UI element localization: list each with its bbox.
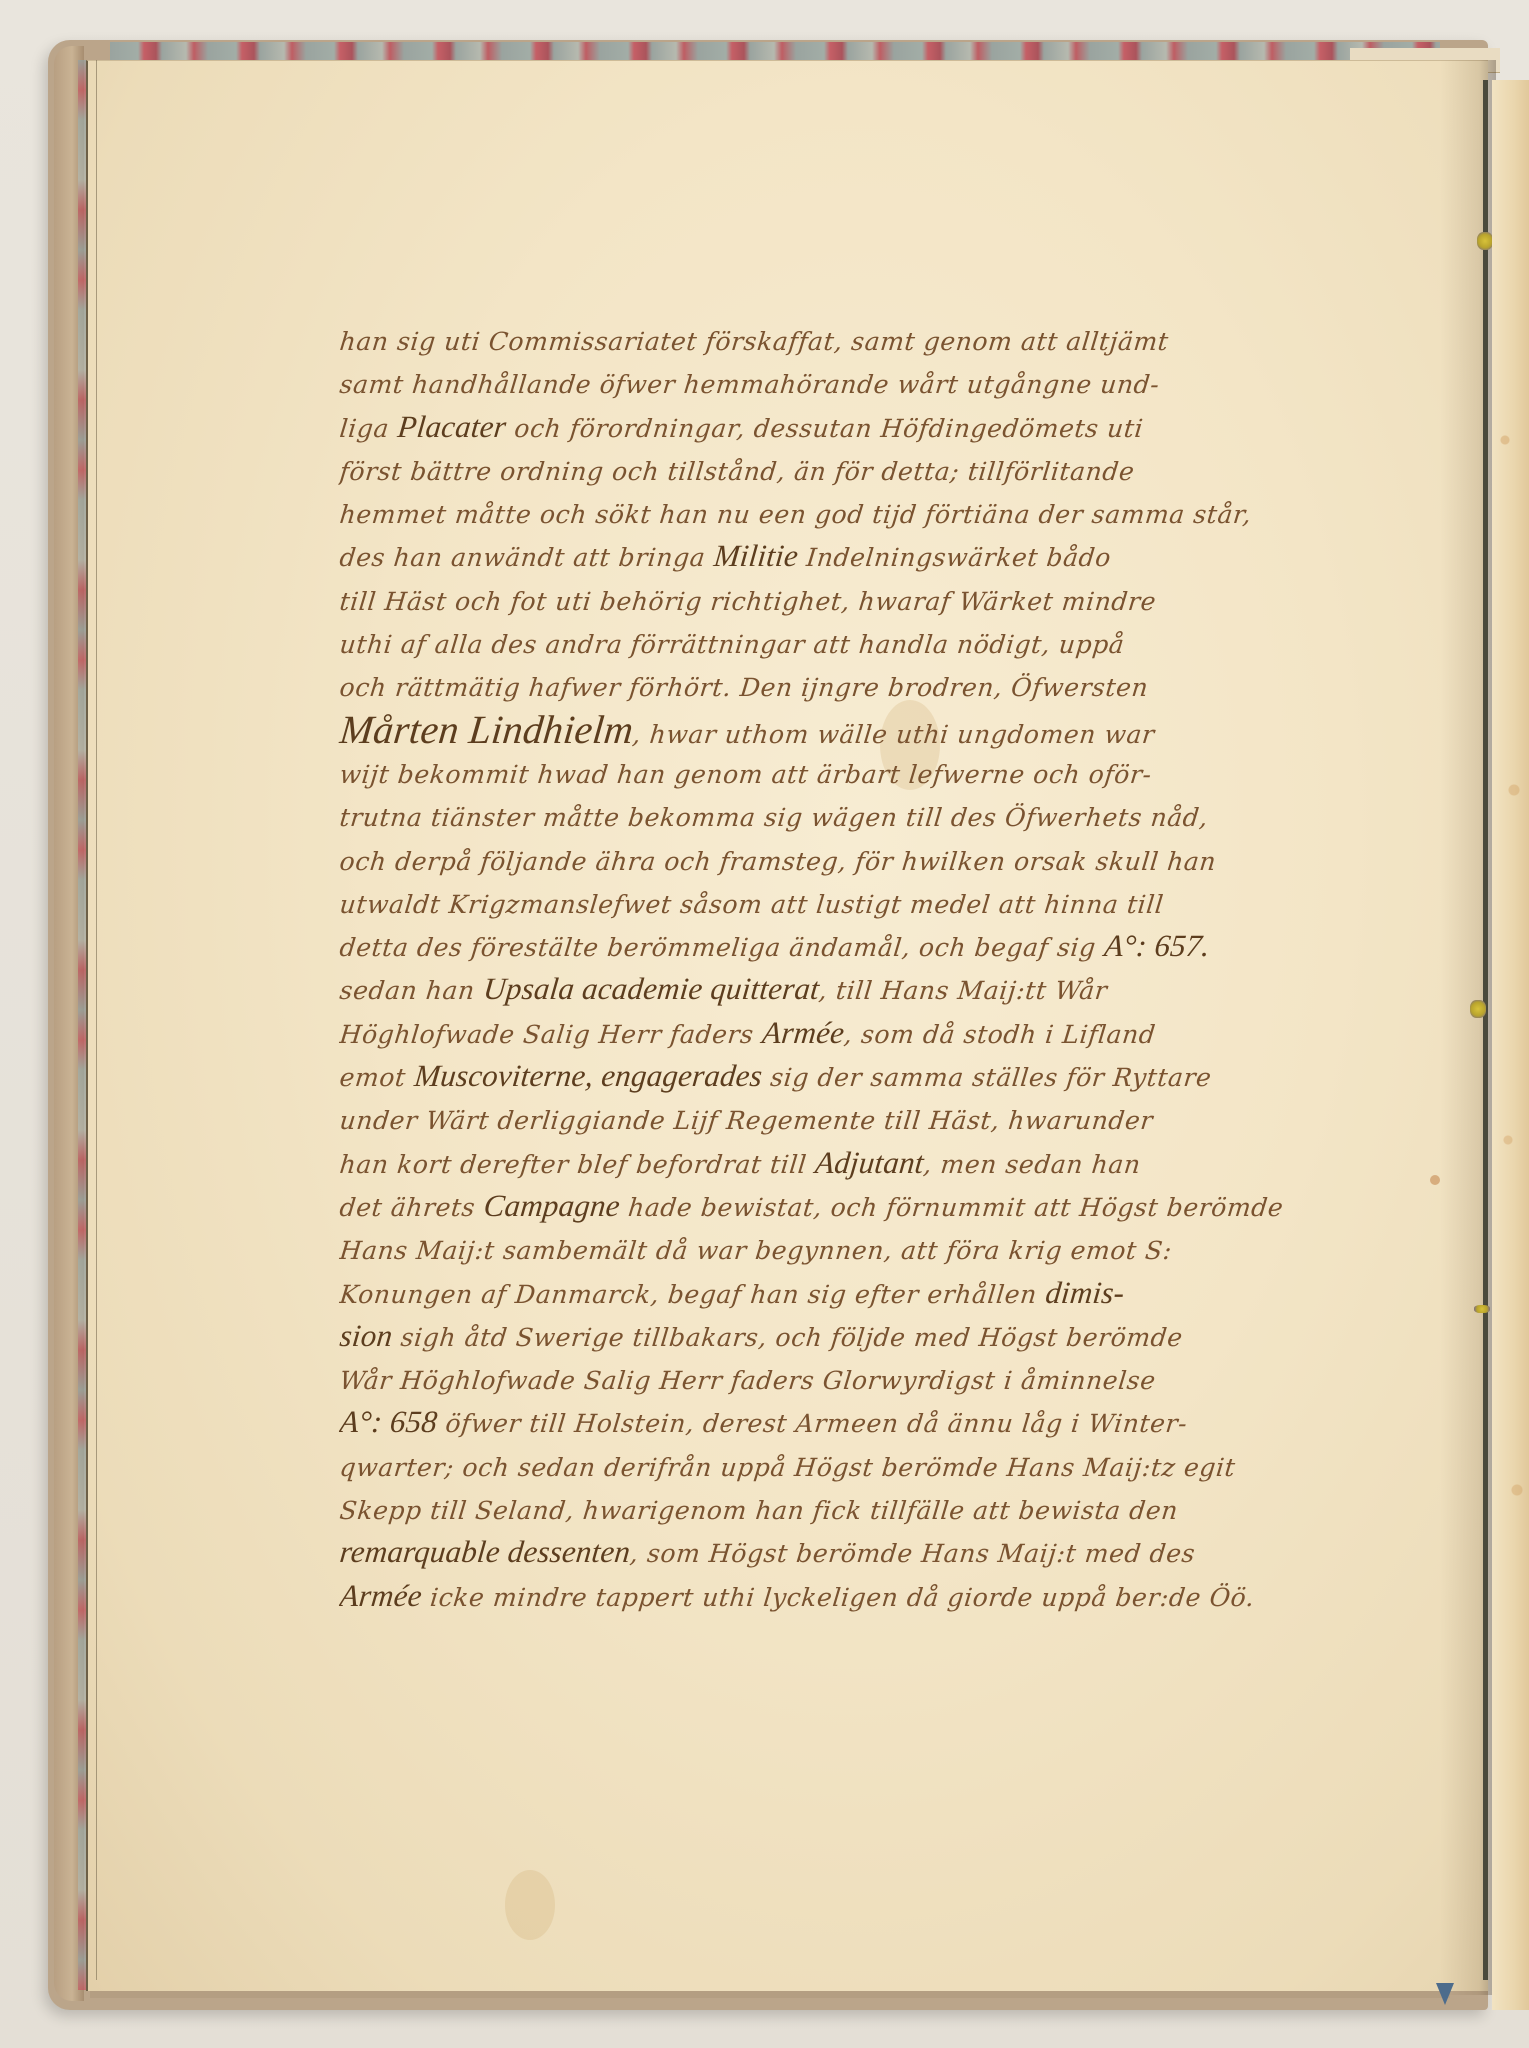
binding-knot-icon (1477, 232, 1493, 250)
text-line: emot Muscoviterne, engagerades sig der s… (338, 1054, 1343, 1097)
text-line: liga Placater och förordningar, dessutan… (338, 405, 1343, 448)
text-line: remarquable dessenten, som Högst berömde… (338, 1530, 1343, 1573)
text-line: Konungen af Danmarck, begaf han sig efte… (338, 1271, 1343, 1314)
binding-knot-icon (1470, 1000, 1486, 1018)
page-fold-line (96, 60, 97, 1980)
text-line: uthi af alla des andra förrättningar att… (338, 621, 1343, 664)
text-line: Hans Maij:t sambemält då war begynnen, a… (338, 1227, 1343, 1270)
text-line: och rättmätig hafwer förhört. Den ijngre… (338, 664, 1343, 707)
person-name: Mårten Lindhielm (338, 708, 636, 751)
text-line: Skepp till Seland, hwarigenom han fick t… (338, 1487, 1343, 1530)
text-line: detta des förestälte berömmeliga ändamål… (338, 924, 1343, 967)
facing-page-foxing (1496, 300, 1526, 1700)
text-line: samt handhållande öfwer hemmahörande wår… (338, 361, 1343, 404)
text-line: wijt bekommit hwad han genom att ärbart … (338, 751, 1343, 794)
year-marker: A°: 658 (338, 1404, 439, 1439)
text-line: sedan han Upsala academie quitterat, til… (338, 967, 1343, 1010)
marbled-endpaper-top (110, 42, 1440, 62)
text-line: Höghlofwade Salig Herr faders Armée, som… (338, 1011, 1343, 1054)
text-line: han sig uti Commissariatet förskaffat, s… (338, 318, 1343, 361)
text-line: A°: 658 öfwer till Holstein, derest Arme… (338, 1400, 1343, 1443)
binding-thread (1483, 80, 1488, 1980)
foxing-stain (505, 1870, 555, 1940)
text-line: Armée icke mindre tappert uthi lyckelige… (338, 1574, 1343, 1617)
text-line: till Häst och fot uti behörig richtighet… (338, 578, 1343, 621)
year-marker: A°: 657. (1103, 928, 1212, 963)
text-line: des han anwändt att bringa Militie Indel… (338, 534, 1343, 577)
text-line: under Wärt derliggiande Lijf Regemente t… (338, 1097, 1343, 1140)
handwritten-text-block: han sig uti Commissariatet förskaffat, s… (340, 318, 1340, 1617)
text-line: utwaldt Krigzmanslefwet såsom att lustig… (338, 881, 1343, 924)
text-line: qwarter; och sedan derifrån uppå Högst b… (338, 1444, 1343, 1487)
binding-knot-icon (1474, 1305, 1490, 1313)
text-line: och derpå följande ähra och framsteg, fö… (338, 838, 1343, 881)
text-line-name-heading: Mårten Lindhielm, hwar uthom wälle uthi … (338, 708, 1343, 751)
text-line: det ährets Campagne hade bewistat, och f… (338, 1184, 1343, 1227)
text-line: sion sigh åtd Swerige tillbakars, och fö… (338, 1314, 1343, 1357)
text-line: trutna tiänster måtte bekomma sig wägen … (338, 794, 1343, 837)
text-line: han kort derefter blef befordrat till Ad… (338, 1141, 1343, 1184)
foxing-stain (1430, 1175, 1440, 1185)
text-line: Wår Höghlofwade Salig Herr faders Glorwy… (338, 1357, 1343, 1400)
text-line: hemmet måtte och sökt han nu een god tij… (338, 491, 1343, 534)
text-line: först bättre ordning och tillstånd, än f… (338, 448, 1343, 491)
